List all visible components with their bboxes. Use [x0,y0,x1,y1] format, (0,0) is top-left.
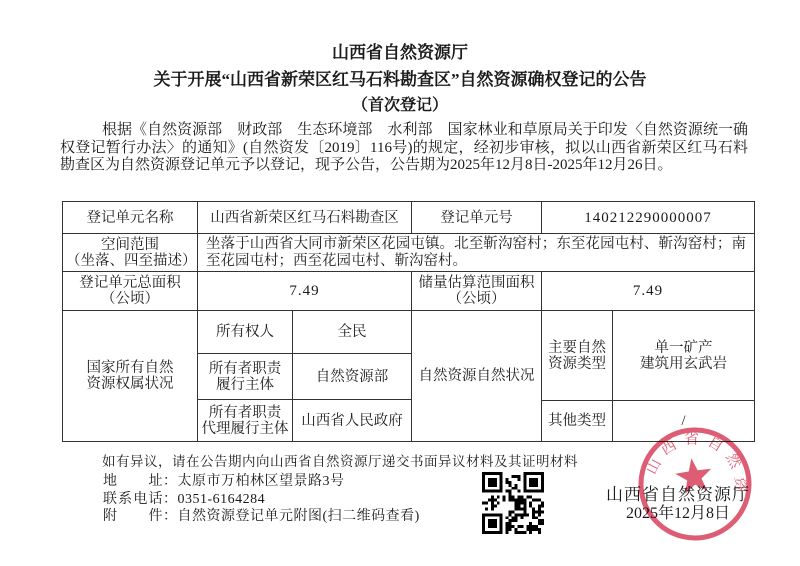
title-org: 山西省自然资源厅 [0,40,800,66]
registration-table: 登记单元名称 山西省新荣区红马石料勘查区 登记单元号 1402122900000… [62,201,755,442]
scope-label: 空间范围 （坐落、四至描述） [63,234,198,271]
signature-org: 山西省自然资源厅 [558,485,798,504]
agent-row: 所有者职责 代理履行主体 山西省人民政府 [198,400,412,441]
document-footer: 如有异议，请在公告期内向山西省自然资源厅递交书面异议材料及其证明材料 地址：太原… [62,444,772,526]
table-row-unit: 登记单元名称 山西省新荣区红马石料勘查区 登记单元号 1402122900000… [63,202,754,234]
scope-value: 坐落于山西省大同市新荣区花园屯镇。北至靳沟窑村；东至花园屯村、靳沟窑村；南至花园… [198,234,754,271]
main-type-row: 主要自然 资源类型 单一矿产 建筑用玄武岩 [542,311,754,401]
notice-document: 山西省自然资源厅 关于开展“山西省新荣区红马石料勘查区”自然资源确权登记的公告 … [0,0,800,566]
unit-no-value: 140212290000007 [542,202,754,233]
other-type-row: 其他类型 / [542,401,754,441]
phone-value: 0351-6164284 [178,492,266,507]
owner-label: 所有权人 [198,311,293,353]
address-value: 太原市万柏林区望景路3号 [178,474,345,489]
area-label: 登记单元总面积 （公顷） [63,272,198,310]
table-row-scope: 空间范围 （坐落、四至描述） 坐落于山西省大同市新荣区花园屯镇。北至靳沟窑村；东… [63,234,754,272]
objection-note: 如有异议，请在公告期内向山西省自然资源厅递交书面异议材料及其证明材料 [102,450,772,470]
owner-row: 所有权人 全民 [198,311,412,354]
table-row-ownership: 国家所有自然 资源权属状况 所有权人 全民 所有者职责 履行主体 自然资源部 所… [63,311,754,441]
title-main: 关于开展“山西省新荣区红马石料勘查区”自然资源确权登记的公告 [0,66,800,93]
main-type-label: 主要自然 资源类型 [542,311,613,400]
signature-date: 2025年12月8日 [558,504,798,523]
intro-paragraph: 根据《自然资源部 财政部 生态环境部 水利部 国家林业和草原局关于印发〈自然资源… [60,122,748,175]
colon: ： [163,492,178,507]
colon: ： [163,474,178,489]
resource-type-subtable: 主要自然 资源类型 单一矿产 建筑用玄武岩 其他类型 / [542,311,754,441]
unit-name-label: 登记单元名称 [63,202,198,233]
reserve-label: 储量估算范围面积 （公顷） [412,272,542,310]
unit-name-value: 山西省新荣区红马石料勘查区 [198,202,412,233]
owner-value: 全民 [293,311,412,353]
ownership-label: 国家所有自然 资源权属状况 [63,311,198,441]
duty-row: 所有者职责 履行主体 自然资源部 [198,354,412,400]
agent-label: 所有者职责 代理履行主体 [198,400,293,441]
main-type-value: 单一矿产 建筑用玄武岩 [613,311,754,400]
other-type-value: / [613,401,754,441]
reserve-value: 7.49 [542,272,754,310]
title-subtitle: （首次登记） [0,93,800,119]
other-type-label: 其他类型 [542,401,613,441]
area-value: 7.49 [198,272,412,310]
ownership-subtable: 所有权人 全民 所有者职责 履行主体 自然资源部 所有者职责 代理履行主体 山西… [198,311,412,441]
table-row-area: 登记单元总面积 （公顷） 7.49 储量估算范围面积 （公顷） 7.49 [63,272,754,311]
attachment-label: 附件 [103,508,163,526]
unit-no-label: 登记单元号 [412,202,542,233]
nature-status-label: 自然资源自然状况 [412,311,542,441]
colon: ： [163,509,178,524]
agent-value: 山西省人民政府 [293,400,412,441]
duty-label: 所有者职责 履行主体 [198,354,293,399]
signature-block: 山西省自然资源厅 2025年12月8日 [558,485,798,523]
document-header: 山西省自然资源厅 关于开展“山西省新荣区红马石料勘查区”自然资源确权登记的公告 … [0,0,800,119]
phone-label: 联系电话 [103,491,163,509]
attachment-value: 自然资源登记单元附图(扫二维码查看) [178,509,420,524]
qr-code [482,472,544,534]
duty-value: 自然资源部 [293,354,412,399]
address-label: 地址 [103,473,163,491]
